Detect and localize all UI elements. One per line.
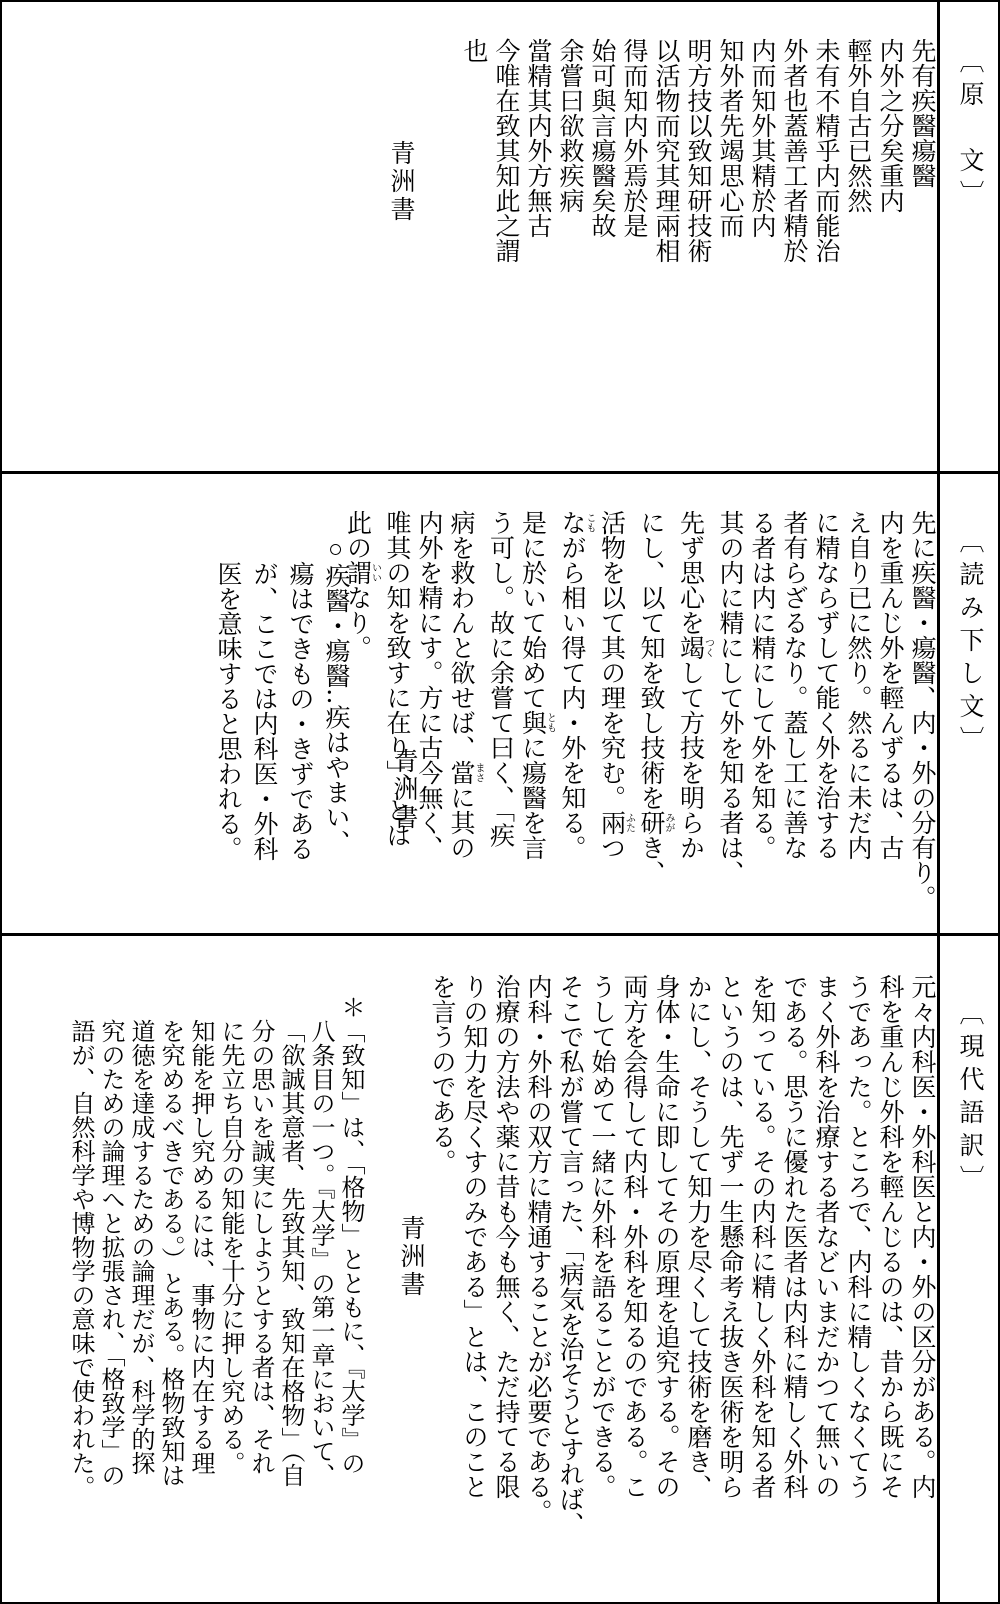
ruby-annotated-char: 與とも xyxy=(519,710,546,735)
text-line: 是に於いて始めて與ともに瘍醫を言 xyxy=(516,510,556,928)
text-line: 先有疾醫瘍醫 xyxy=(905,38,937,466)
text-line: ○疾醫・瘍醫‥疾はやまい、 xyxy=(317,536,353,926)
text-line: 内而知外其精於内 xyxy=(745,38,777,466)
section-modern-translation: 〔現代語訳〕 元々内科医・外科医と内・外の区分がある。内科を重んじ外科を輕んじる… xyxy=(2,936,998,1602)
text-line: 「欲誠其意者、先致其知、致知在格物」（自 xyxy=(275,995,305,1585)
signature-seishu: 青洲書 xyxy=(385,140,415,224)
text-line: というのは、先ず一生懸命考え抜き医術を明ら xyxy=(713,974,745,1592)
text-line: 分の思いを誠実にしようとする者は、それ xyxy=(245,995,275,1585)
signature-seishu: 青洲書 xyxy=(395,1215,425,1299)
text-line: 治療の方法や薬に昔も今も無く、ただ持てる限 xyxy=(489,974,521,1592)
text-line: うして始めて一緒に外科を語ることができる。 xyxy=(585,974,617,1592)
ruby-annotated-char: 竭つく xyxy=(677,635,704,660)
section-reading-text: 〔読み下し文〕 先に疾醫・瘍醫、内・外の分有り。内を重んじ外を輕んずるは、古え自… xyxy=(2,474,998,936)
text-line: まく外科を治療する者などいまだかつて無いの xyxy=(809,974,841,1592)
text-line: う可し。故に余嘗て曰く、「疾 xyxy=(484,510,516,928)
text-line: 也 xyxy=(457,38,489,466)
text-line: 内外を精にす。方に古今無く、 xyxy=(412,510,444,928)
text-line: 活物を以て其の理を究む。兩ふたつ xyxy=(595,510,635,928)
section-label-column: 〔現代語訳〕 xyxy=(937,936,998,1602)
text-line: 身体・生命に即してその原理を追究する。その xyxy=(649,974,681,1592)
document-page: 〔原 文〕 先有疾醫瘍醫内外之分矣重内輕外自古已然然未有不精乎内而能治外者也蓋善… xyxy=(0,0,1000,1604)
text-line: 當精其内外方無古 xyxy=(521,38,553,466)
text-line: 外者也蓋善工者精於 xyxy=(777,38,809,466)
section-label-reading: 〔読み下し文〕 xyxy=(940,474,998,933)
ruby-annotated-char: 當まさ xyxy=(447,760,474,785)
translation-text-block: 元々内科医・外科医と内・外の区分がある。内科を重んじ外科を輕んじるのは、昔から既… xyxy=(425,974,937,1592)
text-line: 両方を会得して内科・外科を知るのである。こ xyxy=(617,974,649,1592)
text-line: 道徳を達成するための論理だが、科学的探 xyxy=(125,995,155,1585)
text-line: 語が、自然科学や博物学の意味で使われた。 xyxy=(65,995,95,1585)
text-line: 科を重んじ外科を輕んじるのは、昔から既にそ xyxy=(873,974,905,1592)
text-line: 以活物而究其理兩相 xyxy=(649,38,681,466)
reading-text-block: 先に疾醫・瘍醫、内・外の分有り。内を重んじ外を輕んずるは、古え自り已に然り。然る… xyxy=(341,510,938,928)
text-line: え自り已に然り。然るに未だ内 xyxy=(841,510,873,928)
text-line: りの知力を尽くすのみである」とは、このこと xyxy=(457,974,489,1592)
text-line: 今唯在致其知此之謂 xyxy=(489,38,521,466)
text-line: を究めるべきである。）とある。格物致知は xyxy=(155,995,185,1585)
text-line: 医を意味すると思われる。 xyxy=(209,536,245,926)
text-line: 知能を押し究めるには、事物に内在する理 xyxy=(185,995,215,1585)
section-original-text: 〔原 文〕 先有疾醫瘍醫内外之分矣重内輕外自古已然然未有不精乎内而能治外者也蓋善… xyxy=(2,2,998,474)
footnote-block: ＊「致知」は、「格物」とともに、『大学』の八条目の一つ。『大学』の第一章において… xyxy=(65,995,365,1585)
text-line: にし、以て知を致し技術を研みがき、 xyxy=(634,510,674,928)
text-line: 明方技以致知研技術 xyxy=(681,38,713,466)
text-line: かにし、そうして知力を尽くして技術を磨き、 xyxy=(681,974,713,1592)
text-line: 輕外自古已然然 xyxy=(841,38,873,466)
signature-seishu: 青洲書 xyxy=(388,748,418,832)
text-line: 未有不精乎内而能治 xyxy=(809,38,841,466)
text-line: 内を重んじ外を輕んずるは、古 xyxy=(873,510,905,928)
text-line: うであった。ところで、内科に精しくなくてう xyxy=(841,974,873,1592)
text-line: を言うのである。 xyxy=(425,974,457,1592)
text-line: が、ここでは内科医・外科 xyxy=(245,536,281,926)
text-line: を知っている。その内科に精しく外科を知る者 xyxy=(745,974,777,1592)
text-line: に先立ち自分の知能を十分に押し究める。 xyxy=(215,995,245,1585)
text-line: 始可與言瘍醫矣故 xyxy=(585,38,617,466)
text-line: 者有らざるなり。蓋し工に善な xyxy=(777,510,809,928)
text-line: 元々内科医・外科医と内・外の区分がある。内 xyxy=(905,974,937,1592)
text-line: に精ならずして能く外を治する xyxy=(809,510,841,928)
text-line: である。思うに優れた医者は内科に精しく外科 xyxy=(777,974,809,1592)
text-line: 内科・外科の双方に精通することが必要である。 xyxy=(521,974,553,1592)
text-line: なこもがら相い得て内・外を知る。 xyxy=(555,510,595,928)
ruby-annotated-char: 兩ふた xyxy=(598,810,625,835)
text-line: 瘍はできもの・きずである xyxy=(281,536,317,926)
text-line: 余嘗曰欲救疾病 xyxy=(553,38,585,466)
text-line: る者は内に精にして外を知る。 xyxy=(745,510,777,928)
text-line: そこで私が嘗て言った、「病気を治そうとすれば、 xyxy=(553,974,585,1592)
text-line: 其の内に精にして外を知る者は、 xyxy=(713,510,745,928)
text-line: 知外者先竭思心而 xyxy=(713,38,745,466)
text-line: 唯其の知を致すに在り」、とは xyxy=(380,510,412,928)
section-label-column: 〔読み下し文〕 xyxy=(937,474,998,933)
text-line: 内外之分矣重内 xyxy=(873,38,905,466)
text-line: ＊「致知」は、「格物」とともに、『大学』の xyxy=(335,995,365,1585)
text-line: 得而知内外焉於是 xyxy=(617,38,649,466)
text-line: 先ず思心を竭つくして方技を明らか xyxy=(674,510,714,928)
ruby-annotated-char: なこも xyxy=(558,510,585,535)
ruby-annotated-char: 研みが xyxy=(637,810,664,835)
section-label-original: 〔原 文〕 xyxy=(940,2,998,471)
original-text-block: 先有疾醫瘍醫内外之分矣重内輕外自古已然然未有不精乎内而能治外者也蓋善工者精於内而… xyxy=(457,38,937,466)
text-line: 先に疾醫・瘍醫、内・外の分有り。 xyxy=(905,510,937,928)
section-label-translation: 〔現代語訳〕 xyxy=(940,936,998,1602)
section-label-column: 〔原 文〕 xyxy=(937,2,998,471)
text-line: 病を救わんと欲せば、當まさに其の xyxy=(444,510,484,928)
text-line: 八条目の一つ。『大学』の第一章において、 xyxy=(305,995,335,1585)
text-line: 究のための論理へと拡張され、「格致学」の xyxy=(95,995,125,1585)
gloss-note-block: ○疾醫・瘍醫‥疾はやまい、瘍はできもの・きずであるが、ここでは内科医・外科医を意… xyxy=(209,536,353,926)
